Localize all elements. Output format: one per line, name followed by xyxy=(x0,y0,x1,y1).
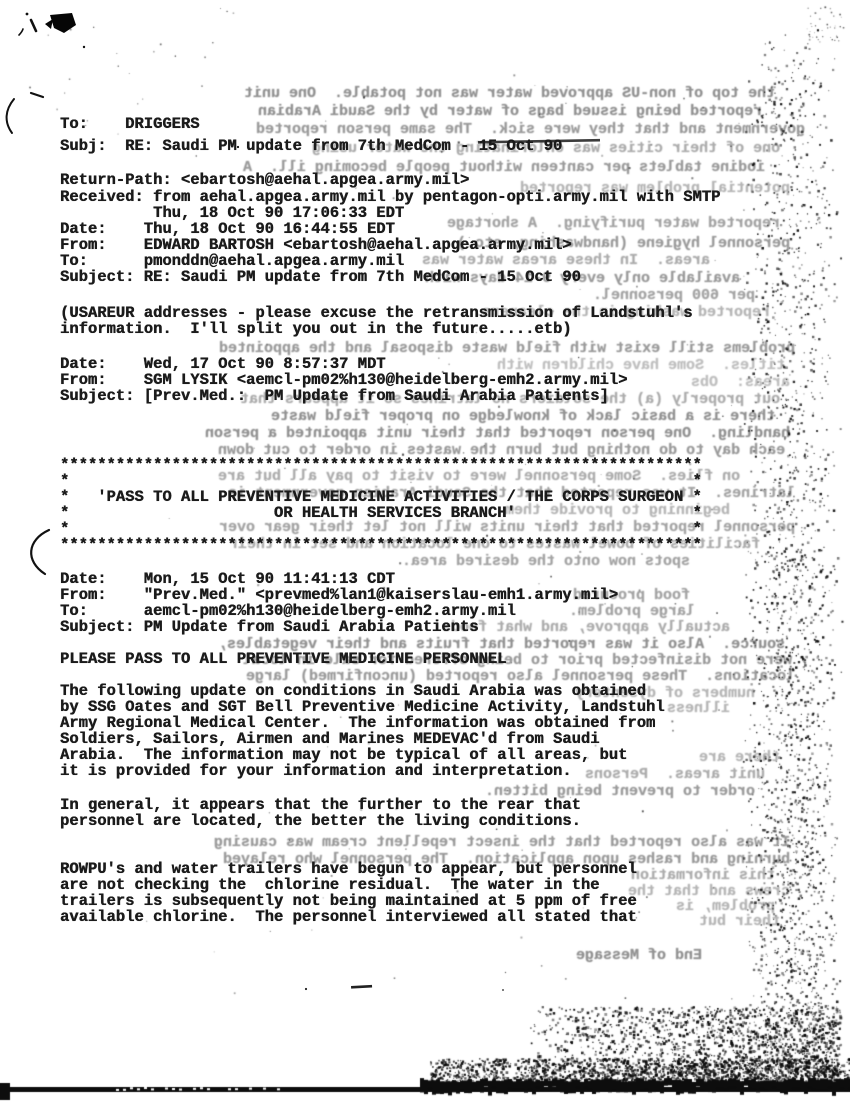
document-line: ****************************************… xyxy=(60,457,702,473)
document-line: available chlorine. The personnel interv… xyxy=(60,909,637,925)
document-line: Thu, 18 Oct 90 17:06:33 EDT xyxy=(60,205,404,221)
document-line: Date: Mon, 15 Oct 90 11:41:13 CDT xyxy=(60,571,395,587)
document-line: Subj: RE: Saudi PM update from 7th MedCo… xyxy=(60,138,562,154)
document-line: To: pmonddn@aehal.apgea.army.mil xyxy=(60,253,404,269)
document-line: Arabia. The information may not be typic… xyxy=(60,747,627,763)
document-line: * 'PASS TO ALL PREVENTIVE MEDICINE ACTIV… xyxy=(60,489,702,505)
document-line: Received: from aehal.apgea.army.mil by p… xyxy=(60,189,720,205)
document-line: by SSG Oates and SGT Bell Preventive Med… xyxy=(60,699,665,715)
scanned-document-page: the top of non-US approved water was not… xyxy=(0,0,850,1107)
document-line: To: DRIGGERS xyxy=(60,116,200,132)
document-line: Army Regional Medical Center. The inform… xyxy=(60,715,655,731)
document-line: Subject: PM Update from Saudi Arabia Pat… xyxy=(60,619,479,635)
document-line: * * xyxy=(60,521,702,537)
document-line: trailers is subsequently not being maint… xyxy=(60,893,637,909)
document-line: PLEASE PASS TO ALL PREVENTIVE MEDICINE P… xyxy=(60,651,506,667)
document-line: * * xyxy=(60,473,702,489)
document-line: Return-Path: <ebartosh@aehal.apgea.army.… xyxy=(60,172,469,188)
document-line: Subject: [Prev.Med.: PM Update from Saud… xyxy=(60,388,609,404)
document-line: (USAREUR addresses - please excuse the r… xyxy=(60,305,693,321)
document-line: From: SGM LYSIK <aemcl-pm02%h130@heidelb… xyxy=(60,372,627,388)
document-line: To: aemcl-pm02%h130@heidelberg-emh2.army… xyxy=(60,603,516,619)
document-line: ROWPU's and water trailers have begun to… xyxy=(60,861,637,877)
document-line: Date: Wed, 17 Oct 90 8:57:37 MDT xyxy=(60,356,386,372)
document-line: Soldiers, Sailors, Airmen and Marines ME… xyxy=(60,731,600,747)
document-line: In general, it appears that the further … xyxy=(60,797,581,813)
document-line: it is provided for your information and … xyxy=(60,763,572,779)
document-line: Date: Thu, 18 Oct 90 16:44:55 EDT xyxy=(60,221,395,237)
email-text-layer: To: DRIGGERSSubj: RE: Saudi PM update fr… xyxy=(0,0,850,1107)
document-line: information. I'll split you out in the f… xyxy=(60,321,572,337)
document-line: ****************************************… xyxy=(60,537,702,553)
document-line: personnel are located, the better the li… xyxy=(60,813,581,829)
document-line: Subject: RE: Saudi PM update from 7th Me… xyxy=(60,269,581,285)
document-line: are not checking the chlorine residual. … xyxy=(60,877,600,893)
document-line: The following update on conditions in Sa… xyxy=(60,683,646,699)
document-line: From: EDWARD BARTOSH <ebartosh@aehal.apg… xyxy=(60,237,572,253)
document-line: * OR HEALTH SERVICES BRANCH' * xyxy=(60,505,702,521)
document-line: From: "Prev.Med." <prevmed%lan1@kaisersl… xyxy=(60,587,618,603)
